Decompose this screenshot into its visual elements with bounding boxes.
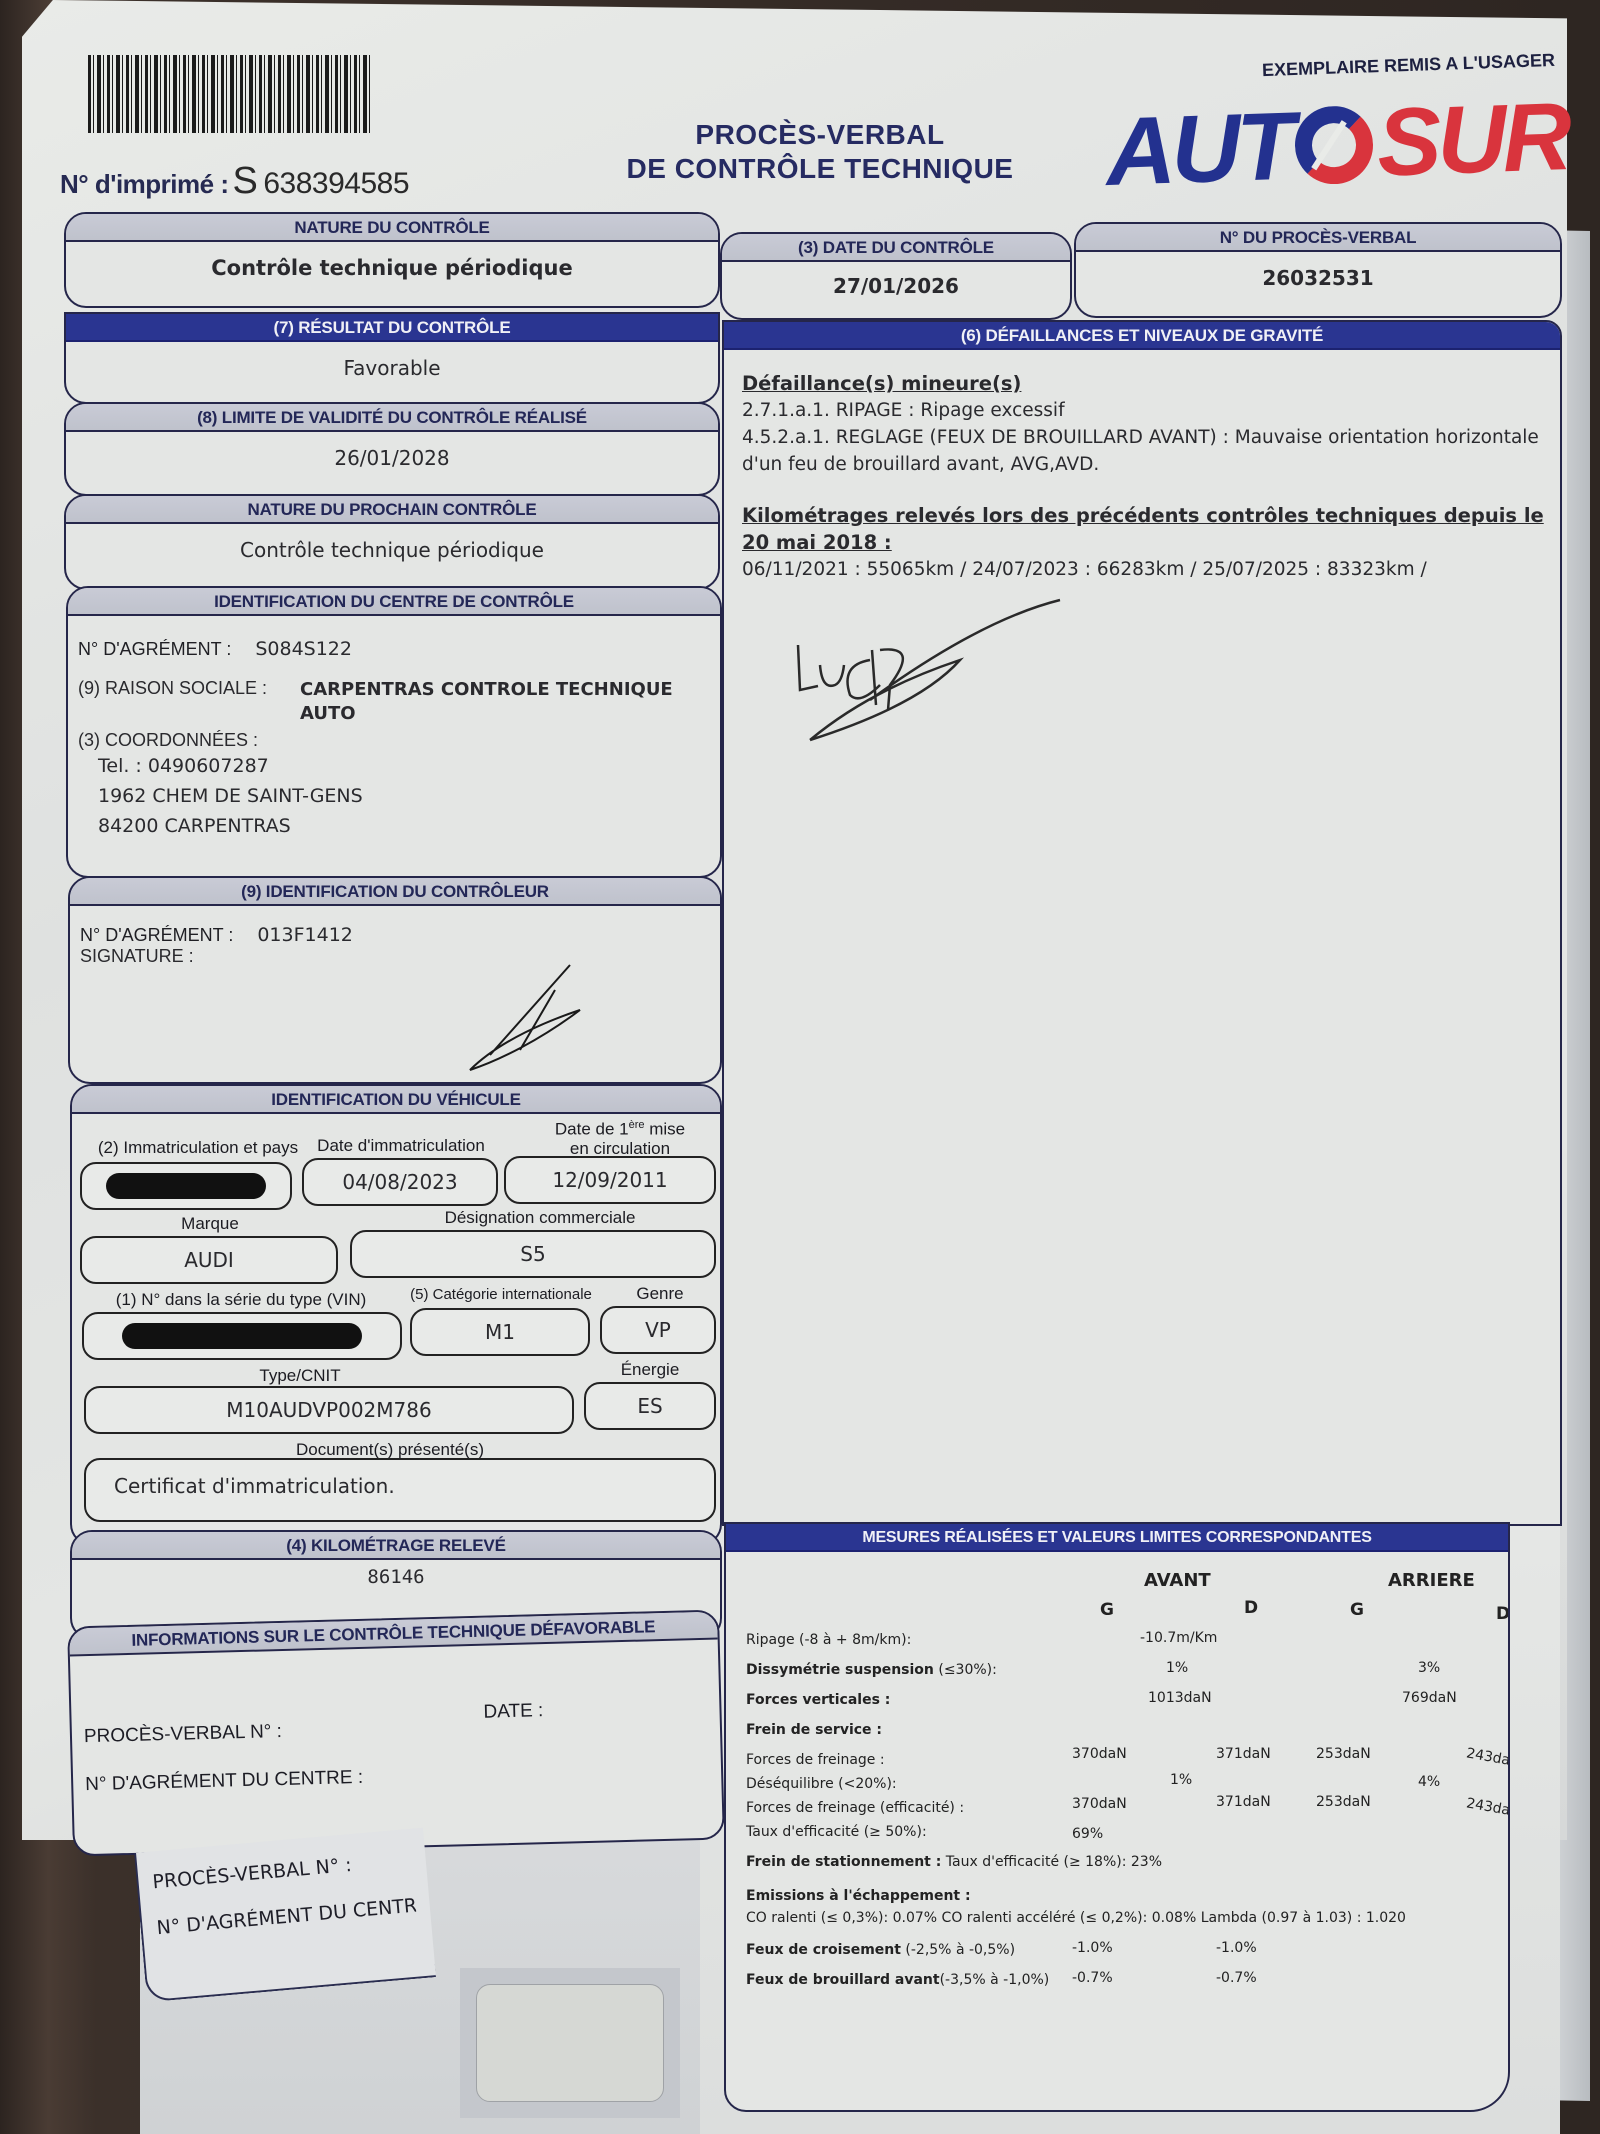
date-immat-label: Date d'immatriculation	[306, 1136, 496, 1156]
centre-agrement-value: S084S122	[255, 638, 352, 660]
kilometrage-value: 86146	[72, 1560, 720, 1596]
prochain-controle-box: NATURE DU PROCHAIN CONTRÔLE Contrôle tec…	[64, 494, 720, 590]
date-controle-value: 27/01/2026	[722, 262, 1070, 306]
centre-title: IDENTIFICATION DU CENTRE DE CONTRÔLE	[68, 588, 720, 616]
feux-croisement-g: -1.0%	[1072, 1940, 1113, 1956]
feux-brouillard-g: -0.7%	[1072, 1970, 1113, 1986]
desequilibre-avant: 1%	[1170, 1772, 1192, 1788]
genre-label: Genre	[620, 1284, 700, 1304]
immat-redacted	[106, 1173, 266, 1199]
vehicule-title: IDENTIFICATION DU VÉHICULE	[72, 1086, 720, 1114]
col-arriere-g: G	[1350, 1600, 1364, 1620]
immat-field	[80, 1162, 292, 1210]
emissions-value: CO ralenti (≤ 0,3%): 0.07% CO ralenti ac…	[746, 1910, 1406, 1926]
printed-number-value: 638394585	[263, 167, 409, 200]
controleur-box: (9) IDENTIFICATION DU CONTRÔLEUR N° D'AG…	[68, 876, 722, 1084]
printed-number-prefix: S	[233, 160, 258, 202]
limite-validite-box: (8) LIMITE DE VALIDITÉ DU CONTRÔLE RÉALI…	[64, 402, 720, 496]
date-first-label-part2: mise	[645, 1120, 686, 1139]
controleur-agrement-label: N° D'AGRÉMENT :	[80, 925, 233, 946]
nature-controle-box: NATURE DU CONTRÔLE Contrôle technique pé…	[64, 212, 720, 308]
vin-label: (1) N° dans la série du type (VIN)	[96, 1290, 386, 1310]
date-first-label-part1: Date de 1	[555, 1120, 629, 1139]
title-line-1: PROCÈS-VERBAL	[590, 118, 1050, 152]
autosur-logo: AUTSUR	[1104, 82, 1570, 208]
nature-controle-value: Contrôle technique périodique	[66, 242, 718, 288]
forces-freinage-eff-label: Forces de freinage (efficacité) :	[746, 1800, 964, 1816]
resultat-value: Favorable	[66, 342, 718, 388]
printed-number: N° d'imprimé :S638394585	[60, 160, 409, 203]
defaillances-title: (6) DÉFAILLANCES ET NIVEAUX DE GRAVITÉ	[724, 322, 1560, 350]
date-first-label-part3: en circulation	[570, 1139, 670, 1158]
forces-freinage-av-g: 370daN	[1072, 1746, 1127, 1762]
genre-value: VP	[600, 1306, 716, 1354]
defaillances-box: (6) DÉFAILLANCES ET NIVEAUX DE GRAVITÉ D…	[722, 320, 1562, 1526]
marque-value: AUDI	[80, 1236, 338, 1284]
date-first-value: 12/09/2011	[504, 1156, 716, 1204]
defect-item: 2.7.1.a.1. RIPAGE : Ripage excessif	[742, 397, 1546, 424]
stub-agrement-label: N° D'AGRÉMENT DU CENTRE :	[156, 1895, 417, 1940]
forces-freinage-ar-g: 253daN	[1316, 1746, 1371, 1762]
feux-croisement-label: Feux de croisement	[746, 1942, 901, 1958]
mesures-title: MESURES RÉALISÉES ET VALEURS LIMITES COR…	[726, 1524, 1508, 1552]
mesures-box: MESURES RÉALISÉES ET VALEURS LIMITES COR…	[724, 1522, 1510, 2112]
ripage-label: Ripage (-8 à + 8m/km):	[746, 1632, 911, 1648]
centre-address-2: 84200 CARPENTRAS	[98, 811, 710, 841]
km-history-value: 06/11/2021 : 55065km / 24/07/2023 : 6628…	[742, 556, 1546, 583]
emissions-label: Emissions à l'échappement :	[746, 1888, 971, 1904]
dissymetrie-avant: 1%	[1166, 1660, 1188, 1676]
desequilibre-label: Déséquilibre (<20%):	[746, 1776, 897, 1792]
logo-o-icon	[1294, 105, 1375, 186]
forces-freinage-eff-av-d: 371daN	[1216, 1794, 1271, 1810]
energie-value: ES	[584, 1382, 716, 1430]
ripage-avant: -10.7m/Km	[1140, 1630, 1217, 1646]
logo-text-blue: AUT	[1104, 92, 1293, 208]
centre-box: IDENTIFICATION DU CENTRE DE CONTRÔLE N° …	[66, 586, 722, 878]
pv-number-box: N° DU PROCÈS-VERBAL 26032531	[1074, 222, 1562, 318]
feux-croisement-limit: (-2,5% à -0,5%)	[905, 1942, 1015, 1958]
col-avant-d: D	[1244, 1598, 1258, 1618]
prochain-controle-value: Contrôle technique périodique	[66, 524, 718, 570]
feux-brouillard-row: Feux de brouillard avant(-3,5% à -1,0%)	[746, 1972, 1049, 1988]
centre-raison-label: (9) RAISON SOCIALE :	[78, 678, 300, 726]
prochain-controle-title: NATURE DU PROCHAIN CONTRÔLE	[66, 496, 718, 524]
frein-stationnement-value: Taux d'efficacité (≥ 18%): 23%	[946, 1854, 1162, 1870]
limite-validite-value: 26/01/2028	[66, 432, 718, 478]
defavorable-date-label: DATE :	[483, 1700, 543, 1724]
taux-efficacite-value: 69%	[1072, 1826, 1103, 1842]
categorie-label: (5) Catégorie internationale	[406, 1286, 596, 1303]
forces-verticales-arriere: 769daN	[1402, 1690, 1457, 1706]
col-arriere-d: D	[1496, 1604, 1510, 1624]
forces-freinage-av-d: 371daN	[1216, 1746, 1271, 1762]
printed-number-label: N° d'imprimé :	[60, 169, 229, 199]
taux-efficacite-label: Taux d'efficacité (≥ 50%):	[746, 1824, 927, 1840]
centre-raison-row: (9) RAISON SOCIALE : CARPENTRAS CONTROLE…	[78, 678, 710, 726]
defavorable-box: INFORMATIONS SUR LE CONTRÔLE TECHNIQUE D…	[67, 1610, 725, 1857]
centre-raison-line1: CARPENTRAS CONTROLE TECHNIQUE	[300, 678, 673, 702]
designation-label: Désignation commerciale	[400, 1208, 680, 1228]
frein-stationnement-label: Frein de stationnement :	[746, 1854, 941, 1870]
logo-text-red: SUR	[1375, 82, 1569, 199]
immat-label: (2) Immatriculation et pays	[88, 1138, 308, 1158]
feux-brouillard-d: -0.7%	[1216, 1970, 1257, 1986]
kilometrage-title: (4) KILOMÉTRAGE RELEVÉ	[72, 1532, 720, 1560]
document-title: PROCÈS-VERBAL DE CONTRÔLE TECHNIQUE	[590, 118, 1050, 186]
centre-phone: Tel. : 0490607287	[98, 751, 710, 781]
forces-freinage-eff-av-g: 370daN	[1072, 1796, 1127, 1812]
dissymetrie-label-text: Dissymétrie suspension	[746, 1662, 934, 1678]
feux-brouillard-label: Feux de brouillard avant	[746, 1972, 940, 1988]
documents-label: Document(s) présenté(s)	[280, 1440, 500, 1460]
resultat-box: (7) RÉSULTAT DU CONTRÔLE Favorable	[64, 312, 720, 404]
designation-value: S5	[350, 1230, 716, 1278]
envelope-window	[460, 1968, 680, 2118]
controleur-agrement-row: N° D'AGRÉMENT : 013F1412	[80, 924, 710, 946]
date-first-label-sup: ère	[629, 1119, 645, 1131]
defavorable-agrement-label: N° D'AGRÉMENT DU CENTRE :	[85, 1767, 363, 1796]
feux-croisement-row: Feux de croisement (-2,5% à -0,5%)	[746, 1942, 1015, 1958]
feux-brouillard-limit: (-3,5% à -1,0%)	[940, 1972, 1050, 1988]
centre-coord-label: (3) COORDONNÉES :	[78, 730, 710, 751]
dissymetrie-arriere: 3%	[1418, 1660, 1440, 1676]
defavorable-pv-label: PROCÈS-VERBAL N° :	[84, 1721, 283, 1748]
forces-freinage-label: Forces de freinage :	[746, 1752, 885, 1768]
forces-freinage-ar-d: 243daN	[1465, 1745, 1510, 1770]
forces-verticales-avant: 1013daN	[1148, 1690, 1212, 1706]
mesures-table: AVANT ARRIERE G D G D Ripage (-8 à + 8m/…	[726, 1552, 1508, 2092]
frein-stationnement-row: Frein de stationnement : Taux d'efficaci…	[746, 1854, 1162, 1870]
pv-number-title: N° DU PROCÈS-VERBAL	[1076, 224, 1560, 252]
desequilibre-arriere: 4%	[1418, 1774, 1440, 1790]
frein-service-label: Frein de service :	[746, 1722, 882, 1738]
controleur-agrement-value: 013F1412	[257, 924, 353, 946]
vin-redacted	[122, 1323, 362, 1349]
resultat-title: (7) RÉSULTAT DU CONTRÔLE	[66, 314, 718, 342]
col-arriere: ARRIERE	[1388, 1570, 1475, 1591]
controleur-title: (9) IDENTIFICATION DU CONTRÔLEUR	[70, 878, 720, 906]
forces-verticales-label: Forces verticales :	[746, 1692, 890, 1708]
minor-defects-heading: Défaillance(s) mineure(s)	[742, 370, 1546, 397]
title-line-2: DE CONTRÔLE TECHNIQUE	[590, 152, 1050, 186]
forces-freinage-eff-ar-d: 243daN	[1465, 1795, 1510, 1820]
barcode	[88, 55, 373, 133]
col-avant: AVANT	[1144, 1570, 1211, 1591]
controleur-signature-label: SIGNATURE :	[80, 946, 710, 967]
vin-field	[82, 1312, 402, 1360]
date-controle-title: (3) DATE DU CONTRÔLE	[722, 234, 1070, 262]
marque-label: Marque	[150, 1214, 270, 1234]
forces-freinage-eff-ar-g: 253daN	[1316, 1794, 1371, 1810]
type-label: Type/CNIT	[240, 1366, 360, 1386]
nature-controle-title: NATURE DU CONTRÔLE	[66, 214, 718, 242]
date-immat-value: 04/08/2023	[302, 1158, 498, 1206]
pv-number-value: 26032531	[1076, 252, 1560, 298]
defect-item: 4.5.2.a.1. REGLAGE (FEUX DE BROUILLARD A…	[742, 424, 1546, 478]
dissymetrie-label: Dissymétrie suspension (≤30%):	[746, 1662, 997, 1678]
dissymetrie-limit: (≤30%):	[938, 1662, 997, 1678]
documents-value: Certificat d'immatriculation.	[84, 1458, 716, 1522]
centre-raison-line2: AUTO	[300, 702, 673, 726]
centre-address-1: 1962 CHEM DE SAINT-GENS	[98, 781, 710, 811]
date-controle-box: (3) DATE DU CONTRÔLE 27/01/2026	[720, 232, 1072, 320]
envelope-stub: PROCÈS-VERBAL N° : N° D'AGRÉMENT DU CENT…	[134, 1828, 436, 2003]
energie-label: Énergie	[610, 1360, 690, 1380]
categorie-value: M1	[410, 1308, 590, 1356]
centre-agrement-label: N° D'AGRÉMENT :	[78, 639, 231, 660]
feux-croisement-d: -1.0%	[1216, 1940, 1257, 1956]
stub-pv-label: PROCÈS-VERBAL N° :	[152, 1849, 413, 1894]
centre-agrement-row: N° D'AGRÉMENT : S084S122	[78, 638, 710, 660]
km-history-heading: Kilométrages relevés lors des précédents…	[742, 502, 1546, 556]
type-value: M10AUDVP002M786	[84, 1386, 574, 1434]
date-first-label: Date de 1ère mise en circulation	[520, 1116, 720, 1158]
col-avant-g: G	[1100, 1600, 1114, 1620]
defaillances-content: Défaillance(s) mineure(s) 2.7.1.a.1. RIP…	[724, 350, 1560, 583]
limite-validite-title: (8) LIMITE DE VALIDITÉ DU CONTRÔLE RÉALI…	[66, 404, 718, 432]
